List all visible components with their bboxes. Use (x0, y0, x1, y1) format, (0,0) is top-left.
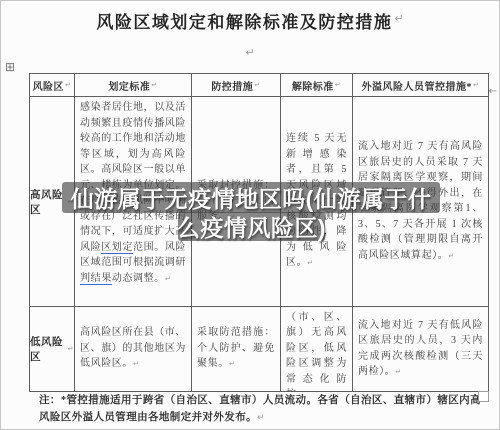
document-title-row: 风险区域划定和解除标准及防控措施↵ (1, 8, 499, 33)
cell-low-risk-delineation: 高风险区所在县（市、区、旗）的其他地区为低风险区。↵ (75, 307, 192, 392)
paragraph-mark-icon: ↵ (165, 275, 171, 283)
anchor-square-icon (478, 391, 489, 402)
cell-text: 采取防范措施：个人防护、避免聚集。 (197, 327, 275, 369)
row-end-mark-icon: ← (489, 86, 497, 97)
table-move-handle-icon[interactable]: ⊞ (5, 61, 15, 73)
document-page: 风险区域划定和解除标准及防控措施↵ ↵ ⊞ ← 风险区↵ 划定标准↵ 防控措施↵… (0, 0, 500, 430)
paragraph-mark-icon: ↵ (395, 368, 401, 376)
paragraph-mark-icon: ↵ (448, 252, 454, 260)
paragraph-mark-icon: ↵ (257, 413, 265, 423)
paragraph-mark-icon: ↵ (473, 81, 479, 89)
col-header-label: 风险区 (33, 78, 65, 93)
empty-paragraph: ↵ (1, 43, 499, 61)
paragraph-mark-icon: ↵ (394, 12, 403, 25)
table-footnote: 注：*管控措施适用于跨省（自治区、直辖市）人员流动。各省（自治区、直辖市）辖区内… (39, 392, 481, 427)
col-header-label: 防控措施 (211, 78, 253, 93)
cell-text-segment: 动态调整。 (112, 273, 165, 284)
paragraph-mark-icon: ↵ (65, 81, 71, 89)
cell-low-risk-spillover: 流入地对近 7 天有低风险区旅居史的人员，3 天内完成两次核酸检测（三天两检）。… (353, 307, 489, 392)
paragraph-mark-icon: ↵ (254, 81, 260, 89)
cell-low-risk-label: 低风险区↵ (30, 307, 75, 392)
col-header-release-standard: 解除标准↵ (281, 74, 353, 97)
page-title: 风险区域划定和解除标准及防控措施 (96, 8, 392, 33)
watermark-line-2: 么疫情风险区) (178, 212, 325, 241)
paragraph-mark-icon: ↵ (68, 345, 74, 353)
paragraph-mark-icon: ↵ (307, 259, 313, 267)
col-header-label: 划定标准 (108, 78, 150, 93)
col-header-control-measures: 防控措施↵ (192, 74, 281, 97)
cell-text-segment: 感染者居住地，以及活动频繁且疫情传播风险较高的工作地和活动地等区域，划为高风险区… (80, 102, 186, 253)
spellcheck-underlined-text: 区划定 (101, 242, 133, 254)
row-label: 低风险区 (30, 334, 68, 364)
watermark-line-1: 仙游属于无疫情地区吗(仙游属于什 (62, 182, 440, 213)
col-header-label: 解除标准 (292, 78, 334, 93)
spellcheck-underlined-text: 判结果 (80, 273, 112, 285)
col-header-spillover-measures: 外溢风险人员管控措施*↵ (353, 74, 489, 97)
cell-text: 流入地对近 7 天有低风险区旅居史的人员，3 天内完成两次核酸检测（三天两检）。 (358, 320, 483, 378)
paragraph-mark-icon: ↵ (245, 46, 254, 59)
paragraph-mark-icon: ↵ (151, 81, 157, 89)
col-header-delineation-standard: 划定标准↵ (75, 74, 192, 97)
cell-low-risk-release: 所在县（市、区、旗）无高风险区，低风险区调整为常态化防控。↵ (281, 307, 353, 392)
paragraph-mark-icon: ↵ (335, 81, 341, 89)
col-header-risk-zone: 风险区↵ (30, 74, 75, 97)
col-header-label: 外溢风险人员管控措施* (362, 78, 473, 93)
paragraph-mark-icon: ↵ (133, 360, 139, 368)
paragraph-mark-icon: ↵ (229, 360, 235, 368)
cell-text: 所在县（市、区、旗）无高风险区，低风险区调整为常态化防控。 (286, 307, 347, 392)
cell-low-risk-control: 采取防范措施：个人防护、避免聚集。↵ (192, 307, 281, 392)
